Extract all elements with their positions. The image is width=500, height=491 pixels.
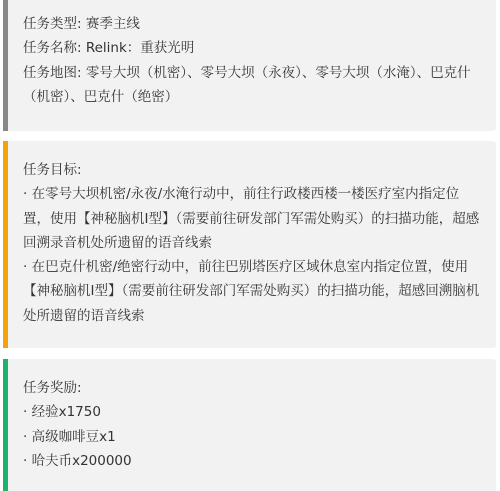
reward-item-currency: · 哈夫币x200000 xyxy=(23,449,482,473)
objective-item: · 在巴克什机密/绝密行动中，前往巴别塔医疗区域休息室内指定位置，使用【神秘脑机… xyxy=(23,255,482,328)
mission-info-block: 任务类型: 赛季主线 任务名称: Relink：重获光明 任务地图: 零号大坝（… xyxy=(3,0,496,131)
mission-map: 任务地图: 零号大坝（机密）、零号大坝（永夜）、零号大坝（水淹）、巴克什（机密）… xyxy=(23,61,482,110)
objective-title: 任务目标: xyxy=(23,158,482,182)
mission-name: 任务名称: Relink：重获光明 xyxy=(23,36,482,60)
reward-item-coffee-beans: · 高级咖啡豆x1 xyxy=(23,425,482,449)
mission-objective-block: 任务目标: · 在零号大坝机密/永夜/水淹行动中，前往行政楼西楼一楼医疗室内指定… xyxy=(3,141,496,348)
reward-item-exp: · 经验x1750 xyxy=(23,400,482,424)
objective-item: · 在零号大坝机密/永夜/水淹行动中，前往行政楼西楼一楼医疗室内指定位置，使用【… xyxy=(23,182,482,255)
reward-title: 任务奖励: xyxy=(23,376,482,400)
mission-reward-block: 任务奖励: · 经验x1750 · 高级咖啡豆x1 · 哈夫币x200000 xyxy=(3,359,496,491)
mission-type: 任务类型: 赛季主线 xyxy=(23,12,482,36)
